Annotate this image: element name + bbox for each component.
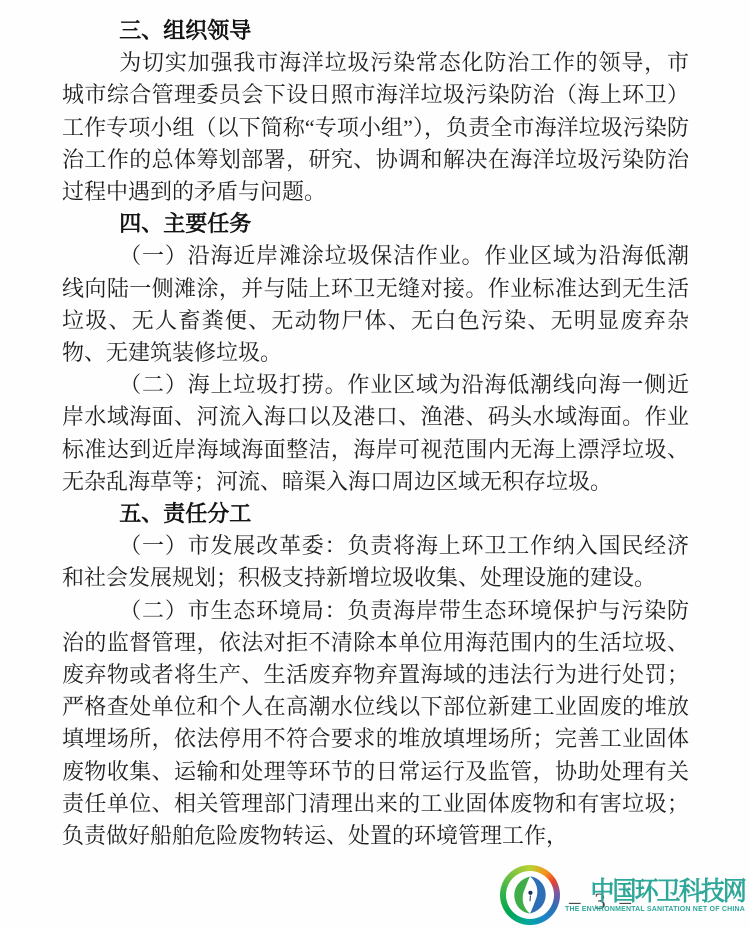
heading-main-tasks: 四、主要任务: [62, 208, 689, 240]
document-body: 三、组织领导 为切实加强我市海洋垃圾污染常态化防治工作的领导，市城市综合管理委员…: [62, 15, 689, 852]
logo-english-tagline: THE ENVIRONMENTAL SANITATION NET OF CHIN…: [565, 905, 745, 914]
paragraph-task-sea-salvage: （二）海上垃圾打捞。作业区域为沿海低潮线向海一侧近岸水域海面、河流入海口以及港口…: [62, 369, 689, 498]
logo-wordmark: 中国环卫科技网 THE ENVIRONMENTAL SANITATION NET…: [565, 877, 745, 914]
scanned-document-page: 三、组织领导 为切实加强我市海洋垃圾污染常态化防治工作的领导，市城市综合管理委员…: [0, 0, 750, 928]
paragraph-development-reform-commission: （一）市发展改革委：负责将海上环卫工作纳入国民经济和社会发展规划；积极支持新增垃…: [62, 530, 689, 594]
logo-pen-nib-icon: [508, 873, 552, 917]
heading-organizational-leadership: 三、组织领导: [62, 15, 689, 47]
paragraph-ecology-environment-bureau: （二）市生态环境局：负责海岸带生态环境保护与污染防治的监督管理，依法对拒不清除本…: [62, 595, 689, 853]
sanitation-net-logo: 中国环卫科技网 THE ENVIRONMENTAL SANITATION NET…: [499, 864, 745, 926]
paragraph-task-beach-cleaning: （一）沿海近岸滩涂垃圾保洁作业。作业区域为沿海低潮线向陆一侧滩涂，并与陆上环卫无…: [62, 240, 689, 369]
sanitation-net-logo-icon: [499, 864, 563, 926]
paragraph-leadership-body: 为切实加强我市海洋垃圾污染常态化防治工作的领导，市城市综合管理委员会下设日照市海…: [62, 47, 689, 208]
heading-responsibility-division: 五、责任分工: [62, 498, 689, 530]
logo-chinese-title: 中国环卫科技网: [590, 877, 745, 905]
